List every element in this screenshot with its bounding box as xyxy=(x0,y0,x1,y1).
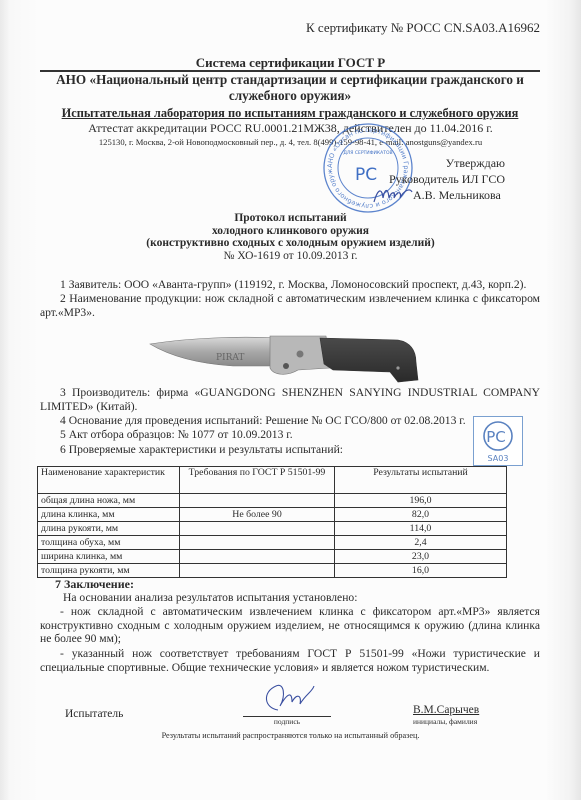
gost-conformity-mark: РС SA03 xyxy=(473,416,523,466)
table-row: ширина клинка, мм 23,0 xyxy=(38,550,507,564)
certification-system-title: Система сертификации ГОСТ Р xyxy=(0,55,581,71)
conclusion-intro: На основании анализа результатов испытан… xyxy=(63,591,533,605)
protocol-heading: Протокол испытаний холодного клинкового … xyxy=(0,212,581,262)
cell-result: 23,0 xyxy=(335,550,507,564)
signature-caption: подпись xyxy=(243,717,331,726)
name-caption: инициалы, фамилия xyxy=(413,717,477,726)
certificate-reference: К сертификату № РОСС CN.SA03.A16962 xyxy=(0,20,540,36)
cell-characteristic: ширина клинка, мм xyxy=(38,550,180,564)
protocol-subtitle-1: холодного клинкового оружия xyxy=(0,225,581,238)
knife-photo: PIRAT xyxy=(148,330,433,386)
knife-blade-text: PIRAT xyxy=(216,353,244,363)
organization-name: АНО «Национальный центр стандартизации и… xyxy=(40,72,540,104)
protocol-title: Протокол испытаний xyxy=(0,212,581,225)
cell-requirement: Не более 90 xyxy=(180,508,335,522)
document-page: К сертификату № РОСС CN.SA03.A16962 Сист… xyxy=(0,0,581,800)
cell-result: 16,0 xyxy=(335,564,507,578)
header-result: Результаты испытаний xyxy=(335,467,507,494)
table-row: толщина обуха, мм 2,4 xyxy=(38,536,507,550)
protocol-subtitle-2: (конструктивно сходных с холодным оружие… xyxy=(0,237,581,250)
approver-signature xyxy=(372,184,414,211)
cell-result: 2,4 xyxy=(335,536,507,550)
laboratory-name: Испытательная лаборатория по испытаниям … xyxy=(40,106,540,121)
table-row: длина рукояти, мм 114,0 xyxy=(38,522,507,536)
header-characteristic: Наименование характеристик xyxy=(38,467,180,494)
cell-characteristic: толщина обуха, мм xyxy=(38,536,180,550)
accreditation-line: Аттестат аккредитации РОСС RU.0001.21МЖ3… xyxy=(0,121,581,136)
table-header-row: Наименование характеристик Требования по… xyxy=(38,467,507,494)
item-applicant: 1 Заявитель: ООО «Аванта-групп» (119192,… xyxy=(60,278,540,292)
conclusion-point-2: - указанный нож соответствует требования… xyxy=(40,647,540,674)
table-row: длина клинка, мм Не более 90 82,0 xyxy=(38,508,507,522)
cell-characteristic: длина клинка, мм xyxy=(38,508,180,522)
item-manufacturer: 3 Производитель: фирма «GUANGDONG SHENZH… xyxy=(40,386,540,413)
item-basis: 4 Основание для проведения испытаний: Ре… xyxy=(60,414,480,428)
item-product: 2 Наименование продукции: нож складной с… xyxy=(40,292,540,319)
cell-characteristic: общая длина ножа, мм xyxy=(38,494,180,508)
item-sampling: 5 Акт отбора образцов: № 1077 от 10.09.2… xyxy=(60,428,480,442)
stamp-logo: РС xyxy=(355,165,377,185)
address-line: 125130, г. Москва, 2-ой Новоподмосковный… xyxy=(0,137,581,147)
cell-requirement xyxy=(180,536,335,550)
approval-label: Утверждаю xyxy=(446,155,505,171)
stamp-center-text: ДЛЯ СЕРТИФИКАТОВ xyxy=(343,150,392,156)
gost-mark-logo: РС xyxy=(486,428,506,446)
cell-characteristic: толщина рукояти, мм xyxy=(38,564,180,578)
gost-mark-code: SA03 xyxy=(488,454,509,463)
cell-characteristic: длина рукояти, мм xyxy=(38,522,180,536)
cell-result: 196,0 xyxy=(335,494,507,508)
protocol-number: № ХО-1619 от 10.09.2013 г. xyxy=(0,250,581,263)
cell-requirement xyxy=(180,522,335,536)
conclusion-point-1: - нож складной с автоматическим извлечен… xyxy=(40,605,540,646)
footer-note: Результаты испытаний распространяются то… xyxy=(0,731,581,740)
table-row: толщина рукояти, мм 16,0 xyxy=(38,564,507,578)
cell-requirement xyxy=(180,494,335,508)
header-requirement: Требования по ГОСТ Р 51501-99 xyxy=(180,467,335,494)
tester-name: В.М.Сарычев xyxy=(413,704,479,716)
cell-result: 82,0 xyxy=(335,508,507,522)
cell-result: 114,0 xyxy=(335,522,507,536)
tester-label: Испытатель xyxy=(65,708,123,720)
conclusion-title: 7 Заключение: xyxy=(55,577,134,592)
cell-requirement xyxy=(180,564,335,578)
item-checked: 6 Проверяемые характеристики и результат… xyxy=(60,443,480,457)
approver-name: А.В. Мельникова xyxy=(413,188,501,203)
cell-requirement xyxy=(180,550,335,564)
results-table: Наименование характеристик Требования по… xyxy=(37,466,507,578)
table-row: общая длина ножа, мм 196,0 xyxy=(38,494,507,508)
